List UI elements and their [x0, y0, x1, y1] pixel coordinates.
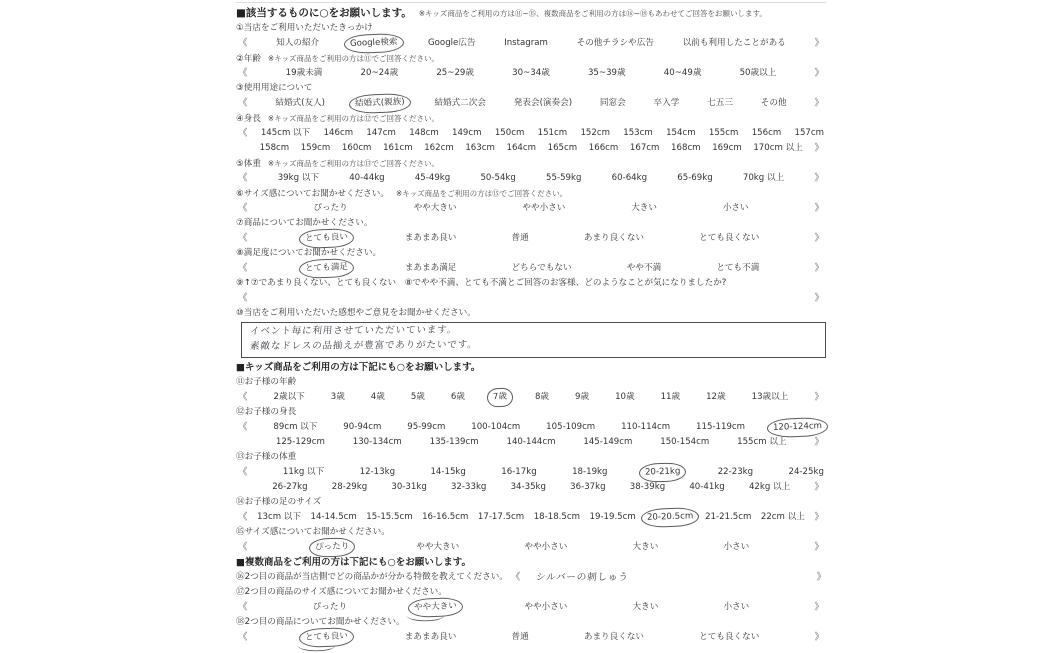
bracket-open: 《	[238, 630, 248, 640]
question-number: ⑨	[236, 278, 244, 288]
handwritten-answer: シルバーの刺しゅう	[536, 570, 630, 585]
option: とても良くない	[699, 231, 759, 246]
question-number: ⑱	[236, 617, 245, 627]
section-heading-note: ※キッズ商品をご利用の方は⑪~⑮、複数商品をご利用の方は⑯~⑱もあわせてご回答を…	[419, 9, 767, 18]
options-row: 《2歳以下3歳4歳5歳6歳7歳8歳9歳10歳11歳12歳13歳以上》	[236, 390, 826, 405]
question-note: ※キッズ商品をご利用の方は⑮でご回答ください。	[396, 189, 567, 198]
question-number: ⑬	[236, 452, 245, 462]
option: 167cm	[630, 141, 660, 156]
option: 105-109cm	[546, 420, 595, 435]
question-label: 当店をご利用いただいたきっかけ	[244, 23, 373, 33]
bracket-open: 《	[238, 171, 248, 186]
option: どちらでもない	[512, 261, 572, 276]
option: 知人の紹介	[276, 36, 319, 51]
option: 164cm	[506, 141, 536, 156]
question-row: ⑤体重※キッズ商品をご利用の方は⑬でご回答ください。	[236, 156, 826, 171]
bracket-open: 《	[238, 420, 248, 435]
option: ぴったり	[313, 201, 347, 216]
option: やや大きい	[416, 540, 459, 555]
options-row: 《11kg 以下12-13kg14-15kg16-17kg18-19kg20-2…	[236, 465, 826, 480]
question-row: ③使用用途について	[236, 81, 826, 96]
question-label: 体重	[244, 159, 261, 169]
option: まあまあ満足	[405, 261, 457, 276]
options-row: 《ぴったりやや大きいやや小さい大きい小さい》	[236, 600, 826, 615]
option: 14-14.5cm	[311, 510, 357, 525]
option: 16-17kg	[501, 465, 536, 480]
question-number: ⑫	[236, 407, 245, 417]
question-label: お子様の身長	[245, 407, 297, 417]
option: やや不満	[627, 261, 661, 276]
bracket-open: 《	[238, 390, 248, 405]
bracket-open: 《	[238, 66, 248, 81]
bracket-close: 》	[814, 36, 824, 51]
options-row: 125-129cm130-134cm135-139cm140-144cm145-…	[236, 435, 826, 450]
bracket-close: 》	[814, 510, 824, 525]
question-row: ⑫お子様の身長	[236, 405, 826, 420]
option: まあまあ良い	[405, 231, 457, 246]
option: 125-129cm	[276, 435, 325, 450]
option: 162cm	[424, 141, 454, 156]
question-row: ⑪お子様の年齢	[236, 375, 826, 390]
option: やや大きい	[414, 201, 457, 216]
question-row: ⑰2つ目の商品のサイズ感についてお聞かせください。	[236, 585, 826, 600]
option: 30-31kg	[391, 480, 426, 495]
option: 90-94cm	[343, 420, 381, 435]
option: 2歳以下	[274, 390, 305, 405]
scan-edge-line	[236, 2, 826, 3]
question-number: ①	[236, 23, 244, 33]
option: 168cm	[671, 141, 701, 156]
comment-box: イベント毎に利用させていただいています。素敵なドレスの品揃えが豊富でありがたいで…	[241, 322, 826, 358]
bracket-close: 》	[816, 570, 826, 585]
option: 148cm	[409, 126, 439, 141]
option: 17-17.5cm	[478, 510, 524, 525]
option: 146cm	[324, 126, 354, 141]
option: 45-49kg	[415, 171, 450, 186]
option: やや小さい	[524, 600, 567, 615]
option: 40-41kg	[689, 480, 724, 495]
option: Google広告	[428, 36, 476, 51]
line-indent	[238, 480, 248, 495]
option: 30~34歳	[512, 66, 550, 81]
option: 発表会(演奏会)	[514, 96, 572, 111]
bracket-close: 》	[814, 630, 824, 640]
bracket-open: 《	[238, 540, 248, 555]
option: 166cm	[589, 141, 619, 156]
question-row: ④身長※キッズ商品をご利用の方は⑫でご回答ください。	[236, 111, 826, 126]
option: 以前も利用したことがある	[683, 36, 786, 51]
option: 25~29歳	[436, 66, 474, 81]
bracket-open: 《	[238, 231, 248, 246]
option: 4歳	[371, 390, 385, 405]
option: 36-37kg	[570, 480, 605, 495]
question-label: お子様の体重	[245, 452, 297, 462]
bracket-close: 》	[814, 66, 824, 81]
option: 153cm	[623, 126, 653, 141]
survey-sheet: ■該当するものに○をお願いします。※キッズ商品をご利用の方は⑪~⑮、複数商品をご…	[236, 2, 826, 640]
option: 130-134cm	[353, 435, 402, 450]
option: 40~49歳	[664, 66, 702, 81]
option: あまり良くない	[584, 231, 644, 246]
options-row: 《89cm 以下90-94cm95-99cm100-104cm105-109cm…	[236, 420, 826, 435]
question-row: ⑥サイズ感についてお聞かせください。※キッズ商品をご利用の方は⑮でご回答ください…	[236, 186, 826, 201]
option: あまり良くない	[584, 630, 644, 640]
option: まあまあ良い	[405, 630, 457, 640]
bracket-open: 《	[238, 201, 248, 216]
bracket-open: 《	[238, 126, 248, 141]
line-indent	[238, 141, 248, 156]
bracket-close: 》	[814, 96, 824, 111]
question-number: ⑧	[236, 248, 244, 258]
bracket-open: 《	[238, 36, 248, 51]
section-heading: ■該当するものに○をお願いします。	[236, 7, 412, 19]
option: 10歳	[615, 390, 635, 405]
question-note: ※キッズ商品をご利用の方は⑫でご回答ください。	[268, 114, 439, 123]
option: 16-16.5cm	[422, 510, 468, 525]
option: 155cm	[709, 126, 739, 141]
question-number: ⑭	[236, 497, 245, 507]
question-label: 使用用途について	[244, 83, 313, 93]
bracket-open: 《	[238, 465, 248, 480]
option: 165cm	[548, 141, 578, 156]
option: 156cm	[752, 126, 782, 141]
options-row: 《13cm 以下14-14.5cm15-15.5cm16-16.5cm17-17…	[236, 510, 826, 525]
section-heading-row: ■該当するものに○をお願いします。※キッズ商品をご利用の方は⑪~⑮、複数商品をご…	[236, 6, 826, 21]
option: 22-23kg	[718, 465, 753, 480]
option: 12-13kg	[360, 465, 395, 480]
option: 42kg 以上	[749, 480, 790, 495]
options-row: 158cm159cm160cm161cm162cm163cm164cm165cm…	[236, 141, 826, 156]
option: 89cm 以下	[273, 420, 317, 435]
option: 115-119cm	[696, 420, 745, 435]
option: 152cm	[580, 126, 610, 141]
option: 35~39歳	[588, 66, 626, 81]
option: 11kg 以下	[283, 465, 324, 480]
bracket-close: 》	[814, 231, 824, 246]
option: 100-104cm	[471, 420, 520, 435]
section-heading: ■複数商品をご利用の方は下記にも○をお願いします。	[236, 557, 471, 568]
bracket-close: 》	[814, 480, 824, 495]
option: 3歳	[331, 390, 345, 405]
option: 135-139cm	[430, 435, 479, 450]
option: やや小さい	[524, 540, 567, 555]
option: 19歳未満	[286, 66, 323, 81]
question-label: 年齢	[244, 54, 261, 64]
question-label: お子様の年齢	[245, 377, 297, 387]
open-answer-row: 《》	[236, 291, 826, 306]
option: 同窓会	[600, 96, 626, 111]
option: 149cm	[452, 126, 482, 141]
option: 32-33kg	[451, 480, 486, 495]
options-row: 26-27kg28-29kg30-31kg32-33kg34-35kg36-37…	[236, 480, 826, 495]
option: 小さい	[723, 201, 749, 216]
bracket-close: 》	[814, 435, 824, 450]
option: 18-19kg	[572, 465, 607, 480]
option: 110-114cm	[621, 420, 670, 435]
option: その他チラシや広告	[577, 36, 654, 51]
option: とても不満	[716, 261, 759, 276]
question-number: ⑥	[236, 189, 244, 199]
bracket-open: 《	[238, 261, 248, 276]
option: 22cm 以上	[761, 510, 805, 525]
options-row: 《19歳未満20~24歳25~29歳30~34歳35~39歳40~49歳50歳以…	[236, 66, 826, 81]
bracket-close: 》	[814, 291, 824, 306]
option: 40-44kg	[349, 171, 384, 186]
section-heading: ■キッズ商品をご利用の方は下記にも○をお願いします。	[236, 362, 480, 373]
option: 163cm	[465, 141, 495, 156]
bracket-open: 《	[238, 96, 248, 111]
question-row: ⑩当店をご利用いただいた感想やご意見をお聞かせください。	[236, 306, 826, 321]
bracket-open: 《	[238, 291, 248, 306]
option: 159cm	[301, 141, 331, 156]
option: 155cm 以上	[737, 435, 786, 450]
question-note: ※キッズ商品をご利用の方は⑪でご回答ください。	[268, 54, 439, 63]
option: 70kg 以上	[743, 171, 784, 186]
question-row: ②年齢※キッズ商品をご利用の方は⑪でご回答ください。	[236, 51, 826, 66]
option: 34-35kg	[511, 480, 546, 495]
question-label: 当店をご利用いただいた感想やご意見をお聞かせください。	[244, 308, 476, 318]
bracket-close: 》	[814, 201, 824, 216]
options-row: 《145cm 以下146cm147cm148cm149cm150cm151cm1…	[236, 126, 826, 141]
question-label: 2つ目の商品についてお聞かせください。	[245, 617, 405, 627]
question-row: ⑭お子様の足のサイズ	[236, 495, 826, 510]
option: 50歳以上	[740, 66, 777, 81]
question-note: ※キッズ商品をご利用の方は⑬でご回答ください。	[268, 159, 439, 168]
bracket-close: 》	[814, 261, 824, 276]
selected-option: 7歳	[487, 388, 514, 408]
section-heading-row: ■複数商品をご利用の方は下記にも○をお願いします。	[236, 555, 826, 570]
option: 結婚式(友人)	[275, 96, 325, 111]
option: 13cm 以下	[257, 510, 301, 525]
section-heading-row: ■キッズ商品をご利用の方は下記にも○をお願いします。	[236, 360, 826, 375]
option: 13歳以上	[752, 390, 789, 405]
option: 14-15kg	[430, 465, 465, 480]
option: 147cm	[366, 126, 396, 141]
handwritten-comment-line: 素敵なドレスの品揃えが豊富でありがたいです。	[249, 335, 817, 354]
option: 26-27kg	[272, 480, 307, 495]
option: 38-39kg	[630, 480, 665, 495]
option: 結婚式二次会	[434, 96, 486, 111]
option: 95-99cm	[407, 420, 445, 435]
bracket-open: 《	[238, 510, 248, 525]
options-row: 《とても満足まあまあ満足どちらでもないやや不満とても不満》	[236, 261, 826, 276]
bracket-close: 》	[814, 141, 824, 156]
question-label: 2つ目の商品が当店側でどの商品かが分かる特徴を教えてください。	[245, 570, 508, 585]
question-label: サイズ感についてお聞かせください。	[244, 189, 389, 199]
question-row: ⑬お子様の体重	[236, 450, 826, 465]
question-number: ⑤	[236, 159, 244, 169]
option: 145-149cm	[583, 435, 632, 450]
question-number: ⑰	[236, 587, 245, 597]
question-label: サイズ感についてお聞かせください。	[245, 527, 390, 537]
option: 160cm	[342, 141, 372, 156]
question-label: 2つ目の商品のサイズ感についてお聞かせください。	[245, 587, 447, 597]
option: 普通	[512, 231, 529, 246]
option: 24-25kg	[789, 465, 824, 480]
option: 9歳	[575, 390, 589, 405]
question-number: ③	[236, 83, 244, 93]
options-row: 《ぴったりやや大きいやや小さい大きい小さい》	[236, 201, 826, 216]
option: 145cm 以下	[261, 126, 310, 141]
option: 169cm	[712, 141, 742, 156]
bracket-close: 》	[814, 600, 824, 615]
option: 大きい	[633, 540, 659, 555]
option: 50-54kg	[480, 171, 515, 186]
question-number: ⑯	[236, 570, 245, 585]
question-number: ②	[236, 54, 244, 64]
option: 55-59kg	[546, 171, 581, 186]
option: 65-69kg	[677, 171, 712, 186]
option: やや小さい	[522, 201, 565, 216]
option: 15-15.5cm	[366, 510, 412, 525]
option: 小さい	[723, 600, 749, 615]
question-label: 身長	[244, 114, 261, 124]
option: 6歳	[451, 390, 465, 405]
option: 19-19.5cm	[589, 510, 635, 525]
question-number: ⑮	[236, 527, 245, 537]
option: 21-21.5cm	[705, 510, 751, 525]
options-row: 《知人の紹介Google検索Google広告Instagramその他チラシや広告…	[236, 36, 826, 51]
option: 20~24歳	[361, 66, 399, 81]
option: その他	[761, 96, 787, 111]
option: 39kg 以下	[278, 171, 319, 186]
option: 150-154cm	[660, 435, 709, 450]
option: 11歳	[661, 390, 681, 405]
option: 170cm 以上	[753, 141, 802, 156]
question-number: ⑪	[236, 377, 245, 387]
option: 8歳	[535, 390, 549, 405]
option: 大きい	[633, 600, 659, 615]
option: 18-18.5cm	[534, 510, 580, 525]
question-label: お子様の足のサイズ	[245, 497, 322, 507]
question-row: ⑯2つ目の商品が当店側でどの商品かが分かる特徴を教えてください。《シルバーの刺し…	[236, 570, 826, 585]
option: 普通	[512, 630, 529, 640]
options-row: 《結婚式(友人)結婚式(親族)結婚式二次会発表会(演奏会)同窓会卒入学七五三その…	[236, 96, 826, 111]
question-label: ↑⑦であまり良くない、とても良くない ⑧でやや不満、とても不満とご回答のお客様、…	[244, 278, 727, 288]
option: 154cm	[666, 126, 696, 141]
question-label: 商品についてお聞かせください。	[244, 218, 373, 228]
option: 150cm	[495, 126, 525, 141]
option: 小さい	[723, 540, 749, 555]
option: 161cm	[383, 141, 413, 156]
option: 158cm	[260, 141, 290, 156]
question-label: 満足度についてお聞かせください。	[244, 248, 381, 258]
option: 28-29kg	[332, 480, 367, 495]
option: 151cm	[538, 126, 568, 141]
option: ぴったり	[313, 600, 347, 615]
bracket-close: 》	[814, 390, 824, 405]
option: 157cm	[795, 126, 825, 141]
options-row: 《39kg 以下40-44kg45-49kg50-54kg55-59kg60-6…	[236, 171, 826, 186]
bracket-open: 《	[511, 570, 521, 585]
question-number: ⑩	[236, 308, 244, 318]
option: 12歳	[706, 390, 726, 405]
bracket-close: 》	[814, 171, 824, 186]
bracket-close: 》	[814, 540, 824, 555]
bracket-open: 《	[238, 600, 248, 615]
question-row: ①当店をご利用いただいたきっかけ	[236, 21, 826, 36]
option: とても良くない	[699, 630, 759, 640]
question-number: ④	[236, 114, 244, 124]
option: Instagram	[504, 36, 548, 51]
question-row: ⑨↑⑦であまり良くない、とても良くない ⑧でやや不満、とても不満とご回答のお客様…	[236, 276, 826, 291]
option: 七五三	[707, 96, 733, 111]
option: 140-144cm	[506, 435, 555, 450]
option: 卒入学	[654, 96, 680, 111]
option: 大きい	[631, 201, 657, 216]
line-indent	[238, 435, 248, 450]
question-number: ⑦	[236, 218, 244, 228]
options-row: 《とても良いまあまあ良い普通あまり良くないとても良くない》	[236, 630, 826, 640]
option: 60-64kg	[612, 171, 647, 186]
options-row: 《ぴったりやや大きいやや小さい大きい小さい》	[236, 540, 826, 555]
options-row: 《とても良いまあまあ良い普通あまり良くないとても良くない》	[236, 231, 826, 246]
option: 5歳	[411, 390, 425, 405]
